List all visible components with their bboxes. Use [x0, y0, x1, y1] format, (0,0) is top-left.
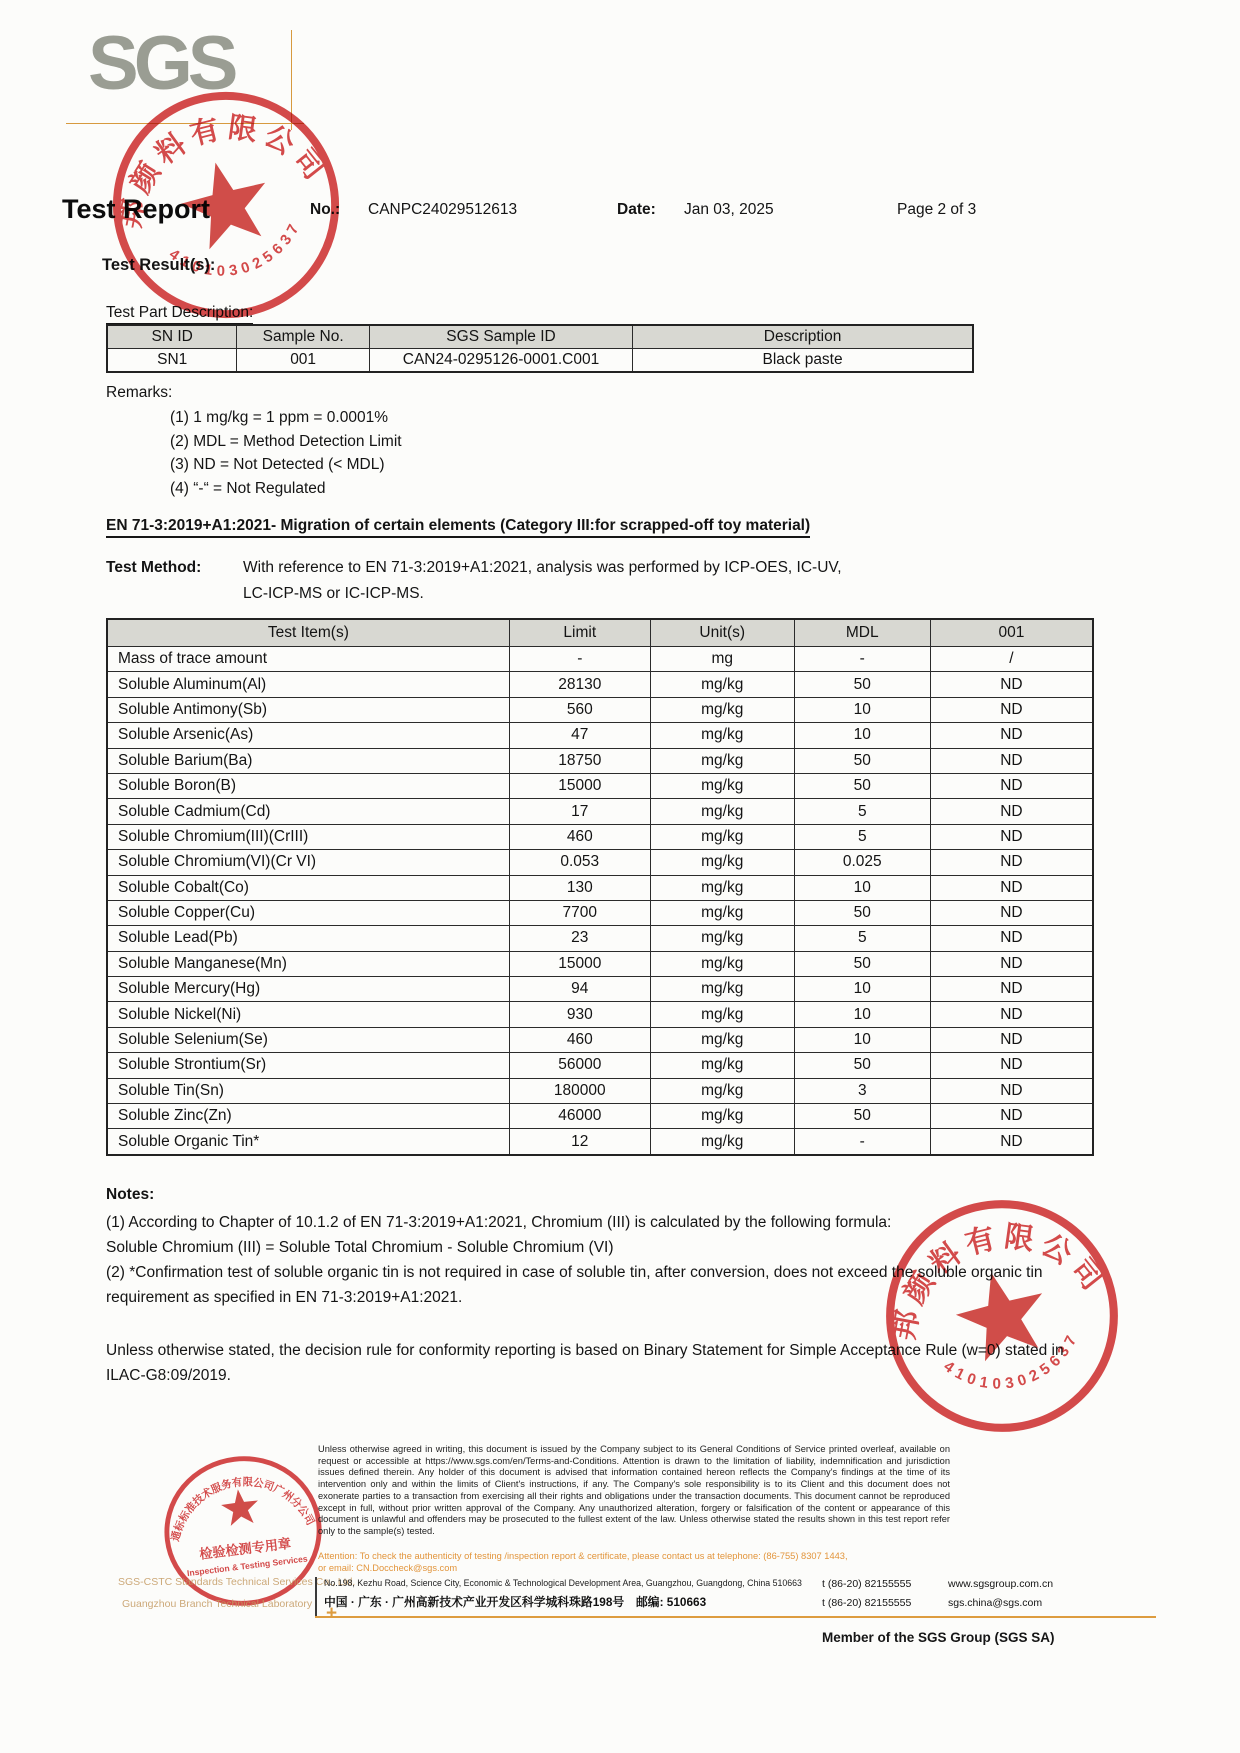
column-header: Test Item(s)	[107, 619, 509, 647]
table-cell: 10	[794, 1002, 930, 1027]
list-item: (4) “-“ = Not Regulated	[170, 477, 402, 501]
contact-email: sgs.china@sgs.com	[948, 1597, 1042, 1609]
table-cell: ND	[930, 824, 1093, 849]
telephone-line1: t (86-20) 82155555	[822, 1578, 911, 1590]
table-row: Soluble Nickel(Ni)930mg/kg10ND	[107, 1002, 1093, 1027]
table-cell: Soluble Zinc(Zn)	[107, 1104, 509, 1129]
table-row: Soluble Chromium(III)(CrIII)460mg/kg5ND	[107, 824, 1093, 849]
standard-section-heading-text: EN 71-3:2019+A1:2021- Migration of certa…	[106, 517, 810, 538]
table-cell: ND	[930, 850, 1093, 875]
page-number: Page 2 of 3	[897, 201, 976, 219]
table-cell: ND	[930, 773, 1093, 798]
table-cell: 46000	[509, 1104, 650, 1129]
test-method-label: Test Method:	[106, 559, 201, 577]
column-header: Sample No.	[237, 325, 369, 349]
footer-orange-rule	[315, 1616, 1156, 1618]
table-cell: 23	[509, 926, 650, 951]
table-cell: 3	[794, 1078, 930, 1103]
test-method-line2: LC-ICP-MS or IC-ICP-MS.	[243, 585, 424, 603]
lab-name-line2: Guangzhou Branch Technical Laboratory	[122, 1598, 312, 1610]
column-header: MDL	[794, 619, 930, 647]
table-cell: mg/kg	[650, 875, 794, 900]
part-table-body: SN1001CAN24-0295126-0001.C001Black paste	[107, 349, 973, 373]
table-cell: ND	[930, 1129, 1093, 1155]
table-cell: mg/kg	[650, 723, 794, 748]
table-cell: 50	[794, 773, 930, 798]
table-cell: mg/kg	[650, 1129, 794, 1155]
attention-line1: Attention: To check the authenticity of …	[318, 1551, 978, 1563]
column-header: SGS Sample ID	[369, 325, 632, 349]
sgs-member-line: Member of the SGS Group (SGS SA)	[822, 1630, 1055, 1645]
table-cell: ND	[930, 977, 1093, 1002]
table-cell: 001	[237, 349, 369, 373]
telephone-line2: t (86-20) 82155555	[822, 1597, 911, 1609]
table-cell: Soluble Copper(Cu)	[107, 900, 509, 925]
table-cell: mg/kg	[650, 697, 794, 722]
table-row: Soluble Lead(Pb)23mg/kg5ND	[107, 926, 1093, 951]
table-row: Soluble Antimony(Sb)560mg/kg10ND	[107, 697, 1093, 722]
table-cell: ND	[930, 900, 1093, 925]
table-cell: mg	[650, 647, 794, 672]
table-row: Soluble Boron(B)15000mg/kg50ND	[107, 773, 1093, 798]
terms-disclaimer: Unless otherwise agreed in writing, this…	[318, 1444, 950, 1538]
star-icon	[948, 1262, 1055, 1366]
table-cell: 10	[794, 1027, 930, 1052]
table-row: Soluble Manganese(Mn)15000mg/kg50ND	[107, 951, 1093, 976]
table-cell: Soluble Mercury(Hg)	[107, 977, 509, 1002]
star-icon	[173, 152, 277, 253]
table-cell: 50	[794, 900, 930, 925]
report-date-label: Date:	[617, 201, 656, 219]
table-cell: Soluble Cobalt(Co)	[107, 875, 509, 900]
table-cell: 10	[794, 723, 930, 748]
table-cell: 0.053	[509, 850, 650, 875]
table-cell: ND	[930, 1027, 1093, 1052]
table-cell: Soluble Boron(B)	[107, 773, 509, 798]
table-cell: 18750	[509, 748, 650, 773]
table-cell: 15000	[509, 951, 650, 976]
table-cell: ND	[930, 1104, 1093, 1129]
table-cell: ND	[930, 799, 1093, 824]
table-cell: 5	[794, 824, 930, 849]
table-cell: mg/kg	[650, 799, 794, 824]
table-cell: 560	[509, 697, 650, 722]
list-item: (2) MDL = Method Detection Limit	[170, 430, 402, 454]
table-cell: -	[794, 1129, 930, 1155]
table-cell: Soluble Arsenic(As)	[107, 723, 509, 748]
table-row: Soluble Organic Tin*12mg/kg-ND	[107, 1129, 1093, 1155]
table-cell: ND	[930, 951, 1093, 976]
table-cell: 460	[509, 1027, 650, 1052]
table-cell: ND	[930, 1053, 1093, 1078]
part-description-table: SN IDSample No.SGS Sample IDDescription …	[106, 324, 974, 373]
table-cell: 10	[794, 697, 930, 722]
report-date-value: Jan 03, 2025	[684, 201, 774, 219]
table-cell: ND	[930, 875, 1093, 900]
column-header: Limit	[509, 619, 650, 647]
table-cell: 28130	[509, 672, 650, 697]
list-item: (3) ND = Not Detected (< MDL)	[170, 453, 402, 477]
website-url: www.sgsgroup.com.cn	[948, 1578, 1053, 1590]
results-table-header-row: Test Item(s)LimitUnit(s)MDL001	[107, 619, 1093, 647]
table-cell: ND	[930, 723, 1093, 748]
table-cell: mg/kg	[650, 672, 794, 697]
attention-line2: or email: CN.Doccheck@sgs.com	[318, 1563, 978, 1575]
table-row: Soluble Barium(Ba)18750mg/kg50ND	[107, 748, 1093, 773]
table-cell: mg/kg	[650, 850, 794, 875]
table-cell: Black paste	[633, 349, 973, 373]
table-cell: 50	[794, 1053, 930, 1078]
table-cell: mg/kg	[650, 951, 794, 976]
remarks-list: (1) 1 mg/kg = 1 ppm = 0.0001%(2) MDL = M…	[170, 406, 402, 500]
table-cell: mg/kg	[650, 900, 794, 925]
table-row: Soluble Tin(Sn)180000mg/kg3ND	[107, 1078, 1093, 1103]
table-cell: 180000	[509, 1078, 650, 1103]
table-cell: Soluble Aluminum(Al)	[107, 672, 509, 697]
table-cell: -	[509, 647, 650, 672]
table-cell: Soluble Manganese(Mn)	[107, 951, 509, 976]
table-cell: mg/kg	[650, 1078, 794, 1103]
table-cell: mg/kg	[650, 1104, 794, 1129]
table-cell: 17	[509, 799, 650, 824]
table-row: Soluble Zinc(Zn)46000mg/kg50ND	[107, 1104, 1093, 1129]
table-cell: 50	[794, 1104, 930, 1129]
results-table: Test Item(s)LimitUnit(s)MDL001 Mass of t…	[106, 618, 1094, 1156]
table-row: Soluble Arsenic(As)47mg/kg10ND	[107, 723, 1093, 748]
table-cell: 56000	[509, 1053, 650, 1078]
table-row: Soluble Copper(Cu)7700mg/kg50ND	[107, 900, 1093, 925]
table-cell: mg/kg	[650, 824, 794, 849]
table-cell: 12	[509, 1129, 650, 1155]
table-cell: ND	[930, 748, 1093, 773]
table-cell: Soluble Strontium(Sr)	[107, 1053, 509, 1078]
table-cell: 15000	[509, 773, 650, 798]
table-cell: 5	[794, 926, 930, 951]
table-cell: 0.025	[794, 850, 930, 875]
table-row: SN1001CAN24-0295126-0001.C001Black paste	[107, 349, 973, 373]
address-chinese: 中国 · 广东 · 广州高新技术产业开发区科学城科珠路198号 邮编: 5106…	[324, 1593, 706, 1610]
standard-section-heading: EN 71-3:2019+A1:2021- Migration of certa…	[106, 517, 810, 538]
table-row: Soluble Selenium(Se)460mg/kg10ND	[107, 1027, 1093, 1052]
table-cell: 10	[794, 977, 930, 1002]
table-cell: -	[794, 647, 930, 672]
part-table-header-row: SN IDSample No.SGS Sample IDDescription	[107, 325, 973, 349]
table-cell: Soluble Nickel(Ni)	[107, 1002, 509, 1027]
table-cell: mg/kg	[650, 1002, 794, 1027]
table-cell: 10	[794, 875, 930, 900]
table-row: Mass of trace amount-mg-/	[107, 647, 1093, 672]
table-cell: mg/kg	[650, 1053, 794, 1078]
table-cell: mg/kg	[650, 748, 794, 773]
registration-cross-icon: +	[326, 1603, 337, 1625]
table-cell: mg/kg	[650, 773, 794, 798]
table-row: Soluble Strontium(Sr)56000mg/kg50ND	[107, 1053, 1093, 1078]
table-row: Soluble Mercury(Hg)94mg/kg10ND	[107, 977, 1093, 1002]
table-row: Soluble Cobalt(Co)130mg/kg10ND	[107, 875, 1093, 900]
table-cell: ND	[930, 1002, 1093, 1027]
address-english: No.198, Kezhu Road, Science City, Econom…	[324, 1578, 802, 1588]
table-cell: Soluble Antimony(Sb)	[107, 697, 509, 722]
table-row: Soluble Cadmium(Cd)17mg/kg5ND	[107, 799, 1093, 824]
table-cell: 460	[509, 824, 650, 849]
table-row: Soluble Aluminum(Al)28130mg/kg50ND	[107, 672, 1093, 697]
notes-heading: Notes:	[106, 1186, 154, 1204]
inspection-testing-stamp: 通标标准技术服务有限公司广州分公司 检验检测专用章 Inspection & T…	[144, 1438, 343, 1625]
table-cell: Soluble Organic Tin*	[107, 1129, 509, 1155]
table-cell: Soluble Chromium(VI)(Cr VI)	[107, 850, 509, 875]
table-cell: 50	[794, 748, 930, 773]
table-cell: ND	[930, 1078, 1093, 1103]
table-cell: Soluble Barium(Ba)	[107, 748, 509, 773]
list-item: (1) 1 mg/kg = 1 ppm = 0.0001%	[170, 406, 402, 430]
column-header: Unit(s)	[650, 619, 794, 647]
table-cell: 930	[509, 1002, 650, 1027]
table-cell: /	[930, 647, 1093, 672]
table-cell: mg/kg	[650, 977, 794, 1002]
table-cell: 5	[794, 799, 930, 824]
table-cell: Soluble Chromium(III)(CrIII)	[107, 824, 509, 849]
table-cell: CAN24-0295126-0001.C001	[369, 349, 632, 373]
table-cell: 47	[509, 723, 650, 748]
table-cell: ND	[930, 926, 1093, 951]
table-cell: Soluble Lead(Pb)	[107, 926, 509, 951]
table-cell: Soluble Selenium(Se)	[107, 1027, 509, 1052]
table-cell: ND	[930, 697, 1093, 722]
column-header: 001	[930, 619, 1093, 647]
table-cell: SN1	[107, 349, 237, 373]
remarks-heading: Remarks:	[106, 384, 172, 402]
table-cell: 94	[509, 977, 650, 1002]
test-method-line1: With reference to EN 71-3:2019+A1:2021, …	[243, 559, 842, 577]
table-cell: Soluble Tin(Sn)	[107, 1078, 509, 1103]
table-cell: 50	[794, 951, 930, 976]
table-cell: ND	[930, 672, 1093, 697]
table-cell: 130	[509, 875, 650, 900]
table-row: Soluble Chromium(VI)(Cr VI)0.053mg/kg0.0…	[107, 850, 1093, 875]
table-cell: 7700	[509, 900, 650, 925]
address-divider	[315, 1577, 317, 1617]
table-cell: mg/kg	[650, 926, 794, 951]
report-no-value: CANPC24029512613	[368, 201, 517, 219]
column-header: Description	[633, 325, 973, 349]
table-cell: Soluble Cadmium(Cd)	[107, 799, 509, 824]
table-cell: mg/kg	[650, 1027, 794, 1052]
table-cell: 50	[794, 672, 930, 697]
star-icon	[219, 1487, 260, 1527]
table-cell: Mass of trace amount	[107, 647, 509, 672]
results-table-body: Mass of trace amount-mg-/Soluble Aluminu…	[107, 647, 1093, 1155]
lab-name-line1: SGS-CSTC Standards Technical Services Co…	[118, 1576, 355, 1588]
test-report-page: SGS Test Report No.: CANPC24029512613 Da…	[0, 0, 1240, 1753]
